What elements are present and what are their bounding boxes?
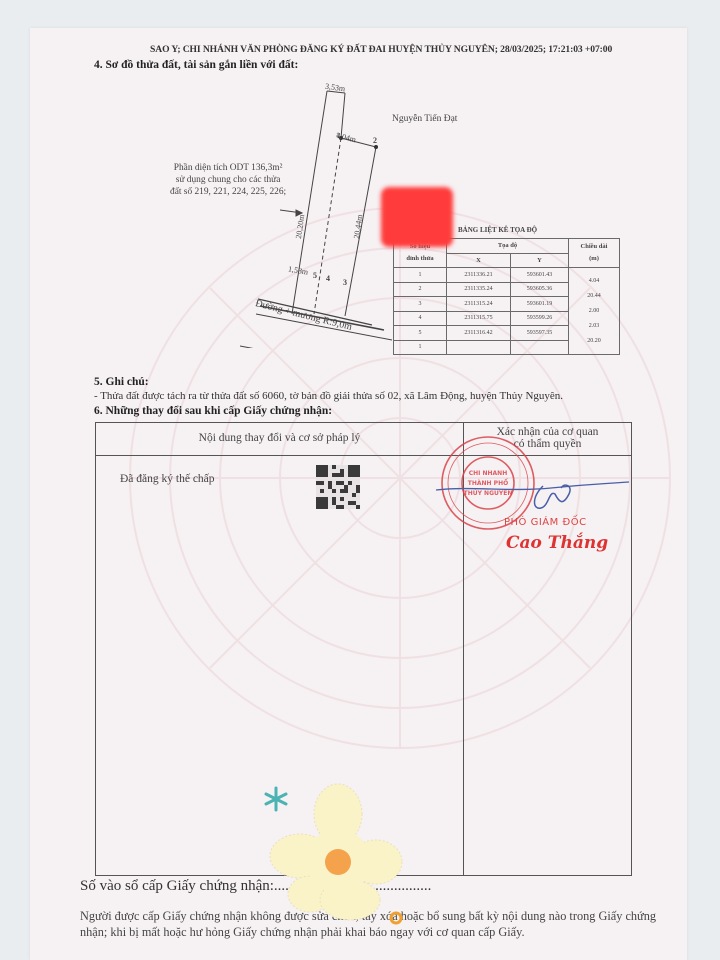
changes-col-content-header: Nội dung thay đổi và cơ sở pháp lý: [96, 432, 463, 444]
warning-text: Người được cấp Giấy chứng nhận không đượ…: [80, 908, 660, 940]
section-4-title: 4. Sơ đồ thửa đất, tài sản gắn liền với …: [94, 59, 298, 71]
vertex-5-label: 5: [313, 271, 317, 280]
header-coords: Tọa độ: [447, 239, 569, 254]
change-entry-content: Đã đăng ký thế chấp: [120, 473, 215, 485]
section-5-title: 5. Ghi chú:: [94, 376, 149, 388]
registry-number-line: Số vào sổ cấp Giấy chứng nhận:..........…: [80, 878, 431, 895]
vertex-3-label: 3: [343, 278, 347, 287]
signer-title: PHÓ GIÁM ĐỐC: [504, 517, 587, 528]
qr-code[interactable]: [316, 465, 360, 509]
certified-copy-header: SAO Y; CHI NHÁNH VĂN PHÒNG ĐĂNG KÝ ĐẤT Đ…: [150, 44, 612, 55]
coord-table-title: BẢNG LIỆT KÊ TỌA ĐỘ: [458, 226, 537, 234]
lengths-column: 4.04 20.44 2.00 2.03 20.20: [569, 268, 620, 355]
coordinate-table: Số hiệu đỉnh thửa Tọa độ Chiều dài (m) X…: [393, 238, 620, 355]
vertex-1-label: 1: [336, 131, 340, 140]
signature: [431, 468, 631, 518]
note-text: - Thửa đất được tách ra từ thửa đất số 6…: [94, 390, 563, 402]
document-page: SAO Y; CHI NHÁNH VĂN PHÒNG ĐĂNG KÝ ĐẤT Đ…: [30, 28, 687, 960]
section-6-title: 6. Những thay đổi sau khi cấp Giấy chứng…: [94, 405, 332, 417]
vertex-4-label: 4: [326, 274, 330, 283]
vertex-2-label: 2: [373, 136, 377, 145]
header-x: X: [447, 253, 511, 268]
table-row: 1 2311336.21 593601.43 4.04 20.44 2.00 2…: [394, 268, 620, 283]
signer-name: Cao Thắng: [506, 533, 608, 553]
neighbor-name: Nguyễn Tiến Đạt: [392, 114, 457, 124]
header-length: Chiều dài (m): [569, 239, 620, 268]
header-y: Y: [511, 253, 569, 268]
shared-area-note: Phần diện tích ODT 136,3m² sử dụng chung…: [170, 162, 286, 198]
redaction-mark: [381, 187, 453, 247]
header-divider: [96, 455, 631, 456]
changes-table: Nội dung thay đổi và cơ sở pháp lý Xác n…: [95, 422, 632, 876]
